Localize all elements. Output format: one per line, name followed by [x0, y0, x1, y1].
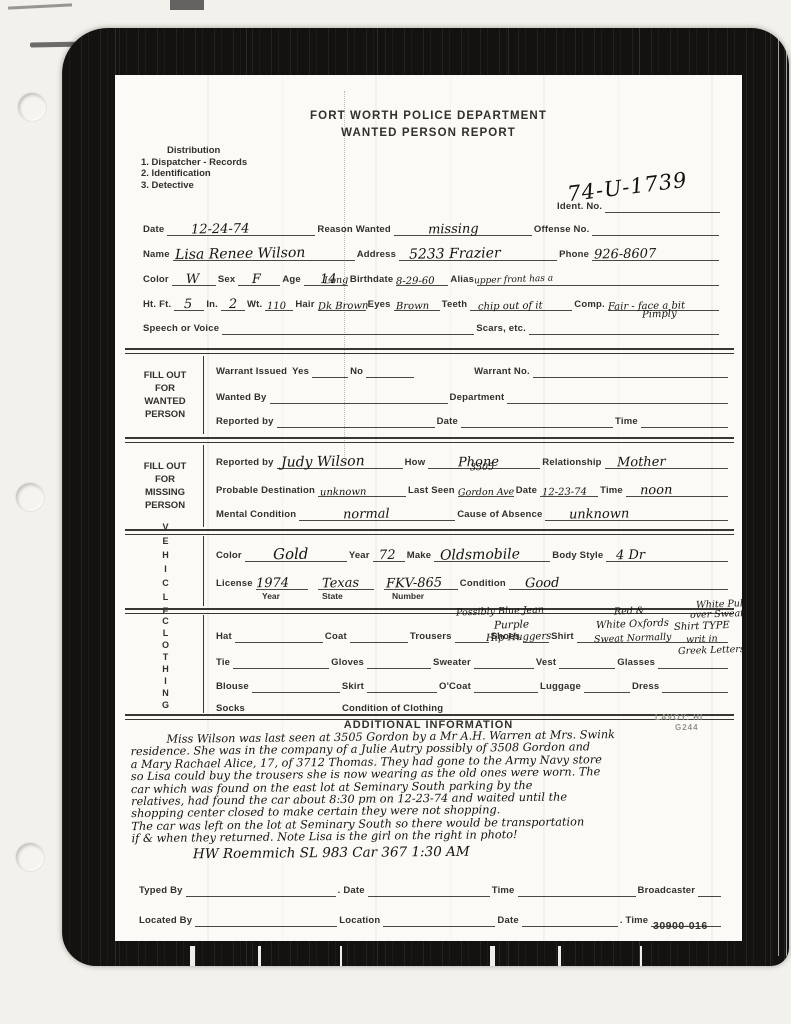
skirt-field	[367, 679, 437, 693]
missing-time-value: noon	[640, 483, 673, 499]
vest-field	[559, 655, 615, 669]
mental-row: Mental Condition normal Cause of Absence…	[214, 507, 728, 521]
typed-by-label: Typed By	[137, 885, 186, 897]
height-ft-label: Ht. Ft.	[141, 299, 174, 311]
warrant-no-option-label: No	[348, 366, 366, 378]
license-state-field: Texas	[318, 576, 374, 590]
missing-person-section: FILL OUT FOR MISSING PERSON Reported by …	[127, 445, 732, 527]
name-field: Lisa Renee Wilson	[173, 247, 355, 261]
vehicle-year-label: Year	[347, 550, 373, 562]
teeth-field: upper front has a chip out of it	[470, 297, 572, 311]
wanted-reported-row: Reported by Date Time	[214, 414, 728, 428]
wanted-person-report-form: FORT WORTH POLICE DEPARTMENT WANTED PERS…	[115, 75, 742, 941]
typed-time-field	[518, 883, 636, 897]
scars-label: Scars, etc.	[474, 323, 529, 335]
destination-row: Probable Destination unknown Last Seen 3…	[214, 483, 728, 497]
vehicle-caption: VEHICLE	[159, 522, 172, 620]
warrant-issued-label: Warrant Issued	[214, 366, 290, 378]
broadcaster-label: Broadcaster	[636, 885, 699, 897]
address-field: 5233 Frazier	[399, 247, 557, 261]
warrant-no-label: Warrant No.	[472, 366, 533, 378]
comp-note: Pimply	[642, 308, 677, 320]
clothing-section-fields: Hat Coat Trousers Shoes Shirt Tie Gloves…	[204, 615, 732, 713]
vehicle-make-label: Make	[405, 550, 435, 562]
vehicle-section: VEHICLE Color Gold Year 72 Make Oldsmobi…	[127, 536, 732, 606]
clothing-section-caption: CLOTHING	[127, 615, 204, 713]
location-label: Location	[337, 915, 383, 927]
distribution-block: Distribution 1. Dispatcher - Records 2. …	[141, 145, 247, 191]
clothing-row-3: Blouse Skirt O'Coat Luggage Dress	[214, 679, 728, 693]
height-in-label: In.	[204, 299, 221, 311]
vehicle-section-fields: Color Gold Year 72 Make Oldsmobile Body …	[204, 536, 732, 606]
form-number: 30900-016	[653, 920, 708, 932]
tie-label: Tie	[214, 657, 233, 669]
luggage-label: Luggage	[538, 681, 584, 693]
destination-value: unknown	[320, 487, 367, 499]
stamp-text: LAVOY: HI	[655, 713, 703, 722]
located-date-label: Date	[495, 915, 521, 927]
caption-line: FOR	[155, 382, 175, 395]
ident-no-field	[605, 199, 720, 213]
offense-no-label: Offense No.	[532, 224, 593, 236]
vehicle-body-field: 4 Dr	[606, 548, 728, 562]
comp-label: Comp.	[572, 299, 608, 311]
caption-line: WANTED	[144, 395, 185, 408]
destination-field: unknown	[318, 483, 406, 497]
eyes-field: Brown	[394, 297, 440, 311]
wanted-person-section: FILL OUT FOR WANTED PERSON Warrant Issue…	[127, 356, 732, 434]
warrant-yes-field	[312, 364, 348, 378]
photocopy-edge-streaks	[775, 38, 787, 956]
shoes-value-2: Sweat Normally	[594, 632, 672, 646]
gloves-label: Gloves	[329, 657, 367, 669]
typed-by-field	[186, 883, 336, 897]
trousers-note: Possibly Blue Jean	[456, 604, 544, 618]
vehicle-body-value: 4 Dr	[616, 548, 645, 564]
teeth-label: Teeth	[440, 299, 471, 311]
shirt-label: Shirt	[549, 631, 577, 643]
hat-field	[235, 629, 323, 643]
destination-label: Probable Destination	[214, 485, 318, 497]
broadcaster-field	[698, 883, 721, 897]
cause-field: unknown	[545, 507, 728, 521]
vehicle-year-value: 72	[379, 548, 396, 563]
mental-value: normal	[343, 507, 390, 523]
wanted-section-caption: FILL OUT FOR WANTED PERSON	[127, 356, 204, 434]
typed-date-field	[368, 883, 490, 897]
skirt-label: Skirt	[340, 681, 367, 693]
dress-field	[662, 679, 728, 693]
trousers-value-1: Purple	[494, 618, 530, 631]
missing-reported-by-label: Reported by	[214, 457, 277, 469]
license-number-field: FKV-865	[384, 576, 458, 590]
weight-field: 110	[265, 297, 293, 311]
glasses-field	[658, 655, 728, 669]
section-divider	[125, 348, 734, 354]
scars-field	[529, 321, 719, 335]
birthdate-field: 8-29-60	[396, 272, 448, 286]
physical-row: Ht. Ft. 5 In. 2 Wt. 110 Hair Long Dk Bro…	[141, 297, 719, 311]
gloves-field	[367, 655, 431, 669]
missing-section-caption: FILL OUT FOR MISSING PERSON	[127, 445, 204, 527]
blouse-label: Blouse	[214, 681, 252, 693]
sex-field: F	[238, 272, 280, 286]
height-ft-field: 5	[174, 297, 204, 311]
caption-line: PERSON	[145, 408, 185, 421]
binder-hole	[16, 843, 44, 871]
missing-section-fields: Reported by Judy Wilson How Phone Relati…	[204, 445, 732, 527]
clothing-row-2: Tie Gloves Sweater Vest Glasses	[214, 655, 728, 669]
color-field: W	[172, 272, 216, 286]
relationship-field: Mother	[605, 455, 728, 469]
relationship-value: Mother	[617, 455, 666, 471]
license-number-value: FKV-865	[386, 576, 442, 592]
date-field: 12-24-74	[167, 222, 315, 236]
comp-field: Fair - face a bit Pimply	[608, 297, 719, 311]
reason-wanted-label: Reason Wanted	[315, 224, 394, 236]
shirt-value-3: Greek Letters	[678, 644, 745, 657]
vehicle-license-row: License 1974 Texas FKV-865 Condition Goo…	[214, 576, 728, 590]
birthdate-value: 8-29-60	[396, 276, 435, 288]
blouse-field	[252, 679, 340, 693]
photocopy-speck	[170, 0, 204, 10]
shoes-note: Red &	[614, 605, 645, 617]
reason-value: missing	[428, 222, 479, 238]
eyes-label: Eyes	[366, 299, 394, 311]
located-by-field	[195, 913, 337, 927]
vehicle-make-value: Oldsmobile	[440, 546, 520, 563]
reported-by-label: Reported by	[214, 416, 277, 428]
condition-label: Condition	[458, 578, 509, 590]
sweater-label: Sweater	[431, 657, 474, 669]
age-label: Age	[280, 274, 304, 286]
speech-label: Speech or Voice	[141, 323, 222, 335]
last-seen-label: Last Seen	[406, 485, 458, 497]
license-label: License	[214, 578, 256, 590]
luggage-field	[584, 679, 630, 693]
wanted-date-label: Date	[435, 416, 461, 428]
weight-value: 110	[267, 301, 286, 312]
section-divider	[125, 529, 734, 535]
section-divider	[125, 437, 734, 443]
located-date-field	[522, 913, 618, 927]
license-state-value: Texas	[322, 576, 359, 592]
weight-label: Wt.	[245, 299, 265, 311]
ocoat-label: O'Coat	[437, 681, 474, 693]
tie-field	[233, 655, 329, 669]
vehicle-year-field: 72	[373, 548, 405, 562]
warrant-yes-label: Yes	[290, 366, 312, 378]
officer-signature: HW Roemmich SL 983 Car 367 1:30 AM	[193, 844, 470, 862]
address-label: Address	[355, 249, 399, 261]
spacer	[414, 365, 472, 378]
form-department-title: FORT WORTH POLICE DEPARTMENT	[115, 110, 742, 122]
wanted-date-field	[461, 414, 613, 428]
cause-value: unknown	[569, 506, 630, 522]
sex-label: Sex	[216, 274, 239, 286]
distribution-item: 2. Identification	[141, 168, 247, 180]
color-value: W	[186, 272, 200, 287]
offense-field	[592, 222, 719, 236]
trousers-label: Trousers	[408, 631, 455, 643]
located-by-label: Located By	[137, 915, 195, 927]
department-field	[507, 390, 728, 404]
dress-label: Dress	[630, 681, 662, 693]
reported-by-field	[277, 414, 435, 428]
license-sub-state: State	[322, 591, 343, 601]
missing-time-label: Time	[598, 485, 626, 497]
clothing-section: CLOTHING Hat Coat Trousers Shoes Shirt T…	[127, 615, 732, 713]
hair-note: Long	[323, 275, 348, 287]
caption-line: MISSING	[145, 486, 185, 499]
shirt-value-2: writ in	[686, 633, 718, 645]
spacer	[308, 577, 318, 590]
descriptors-row: Color W Sex F Age 14 Birthdate 8-29-60 A…	[141, 272, 719, 286]
clothing-row-4: Socks Condition of Clothing	[214, 701, 728, 715]
caption-line: FILL OUT	[144, 369, 187, 382]
vehicle-color-value: Gold	[273, 545, 309, 564]
height-in-field: 2	[221, 297, 245, 311]
distribution-title: Distribution	[141, 145, 247, 157]
last-seen-note: 3505	[470, 462, 495, 474]
missing-date-value: 12-23-74	[542, 487, 587, 499]
typed-time-label: Time	[490, 885, 518, 897]
vehicle-color-field: Gold	[245, 548, 347, 562]
typed-by-row: Typed By . Date Time Broadcaster	[137, 883, 721, 897]
trousers-value-2: Hip Huggers	[486, 631, 552, 644]
hair-value: Dk Brown	[318, 301, 369, 313]
socks-field	[248, 701, 340, 715]
wanted-by-row: Wanted By Department	[214, 390, 728, 404]
distribution-item: 1. Dispatcher - Records	[141, 157, 247, 169]
date-reason-row: Date 12-24-74 Reason Wanted missing Offe…	[141, 222, 719, 236]
relationship-label: Relationship	[540, 457, 604, 469]
clothing-caption: CLOTHING	[159, 616, 172, 712]
address-value: 5233 Frazier	[409, 245, 501, 263]
name-row: Name Lisa Renee Wilson Address 5233 Fraz…	[141, 247, 719, 261]
wanted-section-fields: Warrant Issued Yes No Warrant No. Wanted…	[204, 356, 732, 434]
condition-value: Good	[525, 576, 560, 592]
last-seen-value: Gordon Ave	[458, 487, 514, 499]
license-sub-number: Number	[392, 591, 424, 601]
missing-time-field: noon	[626, 483, 728, 497]
last-seen-field: 3505 Gordon Ave	[458, 483, 514, 497]
coat-field	[350, 629, 408, 643]
height-ft-value: 5	[184, 297, 193, 312]
speech-field	[222, 321, 474, 335]
missing-date-field: 12-23-74	[540, 483, 598, 497]
photocopy-bottom-gaps	[102, 946, 783, 966]
date-label: Date	[141, 224, 167, 236]
missing-date-label: Date	[514, 485, 540, 497]
glasses-label: Glasses	[615, 657, 658, 669]
name-value: Lisa Renee Wilson	[175, 245, 306, 263]
location-field	[383, 913, 495, 927]
located-time-label: . Time	[618, 915, 651, 927]
scanned-report-page: { "form": { "header": { "department": "F…	[0, 0, 791, 1024]
teeth-value: chip out of it	[478, 300, 543, 312]
vehicle-body-label: Body Style	[550, 550, 606, 562]
license-sub-year: Year	[262, 591, 280, 601]
wanted-time-field	[641, 414, 728, 428]
sex-value: F	[252, 272, 261, 287]
binder-hole	[18, 93, 46, 121]
vehicle-section-caption: VEHICLE	[127, 536, 204, 606]
located-by-row: Located By Location Date . Time	[137, 913, 721, 927]
additional-info-handwriting: Miss Wilson was last seen at 3505 Gordon…	[130, 728, 731, 846]
caption-line: FOR	[155, 473, 175, 486]
vehicle-color-label: Color	[214, 550, 245, 562]
cause-label: Cause of Absence	[455, 509, 545, 521]
caption-line: FILL OUT	[144, 460, 187, 473]
caption-line: PERSON	[145, 499, 185, 512]
name-label: Name	[141, 249, 173, 261]
phone-value: 926-8607	[594, 246, 657, 262]
photocopy-speck	[8, 3, 72, 9]
coat-label: Coat	[323, 631, 350, 643]
wanted-time-label: Time	[613, 416, 641, 428]
license-year-field: 1974	[256, 576, 308, 590]
condition-field: Good	[509, 576, 728, 590]
distribution-item: 3. Detective	[141, 180, 247, 192]
shirt-value-1: Shirt TYPE	[674, 620, 730, 633]
phone-field: 926-8607	[592, 247, 719, 261]
height-in-value: 2	[229, 297, 238, 312]
vehicle-make-field: Oldsmobile	[434, 548, 550, 562]
hat-label: Hat	[214, 631, 235, 643]
sweater-field	[474, 655, 534, 669]
alias-label: Alias	[448, 274, 477, 286]
form-title: WANTED PERSON REPORT	[115, 127, 742, 139]
birthdate-label: Birthdate	[348, 274, 397, 286]
condition-of-clothing-field	[446, 701, 536, 715]
mental-label: Mental Condition	[214, 509, 299, 521]
missing-reported-by-value: Judy Wilson	[280, 453, 364, 470]
binder-hole	[16, 483, 44, 511]
warrant-no-option-field	[366, 364, 414, 378]
vehicle-desc-row: Color Gold Year 72 Make Oldsmobile Body …	[214, 548, 728, 562]
vest-label: Vest	[534, 657, 559, 669]
warrant-row: Warrant Issued Yes No Warrant No.	[214, 364, 728, 378]
speech-scars-row: Speech or Voice Scars, etc.	[141, 321, 719, 335]
ocoat-field	[474, 679, 538, 693]
how-label: How	[403, 457, 429, 469]
hair-field: Long Dk Brown	[318, 297, 366, 311]
trousers-field	[455, 629, 489, 643]
reason-field: missing	[394, 222, 532, 236]
license-year-value: 1974	[256, 576, 289, 592]
date-value: 12-24-74	[191, 221, 250, 237]
color-label: Color	[141, 274, 172, 286]
shirt-note-2: over Sweat	[690, 608, 744, 621]
wanted-by-label: Wanted By	[214, 392, 270, 404]
wanted-by-field	[270, 390, 448, 404]
department-label: Department	[448, 392, 508, 404]
eyes-value: Brown	[396, 301, 429, 313]
typed-date-label: . Date	[336, 885, 368, 897]
phone-label: Phone	[557, 249, 592, 261]
hair-label: Hair	[293, 299, 317, 311]
warrant-no-field	[533, 364, 728, 378]
mental-field: normal	[299, 507, 455, 521]
spacer	[374, 577, 384, 590]
missing-reported-by-field: Judy Wilson	[277, 455, 403, 469]
